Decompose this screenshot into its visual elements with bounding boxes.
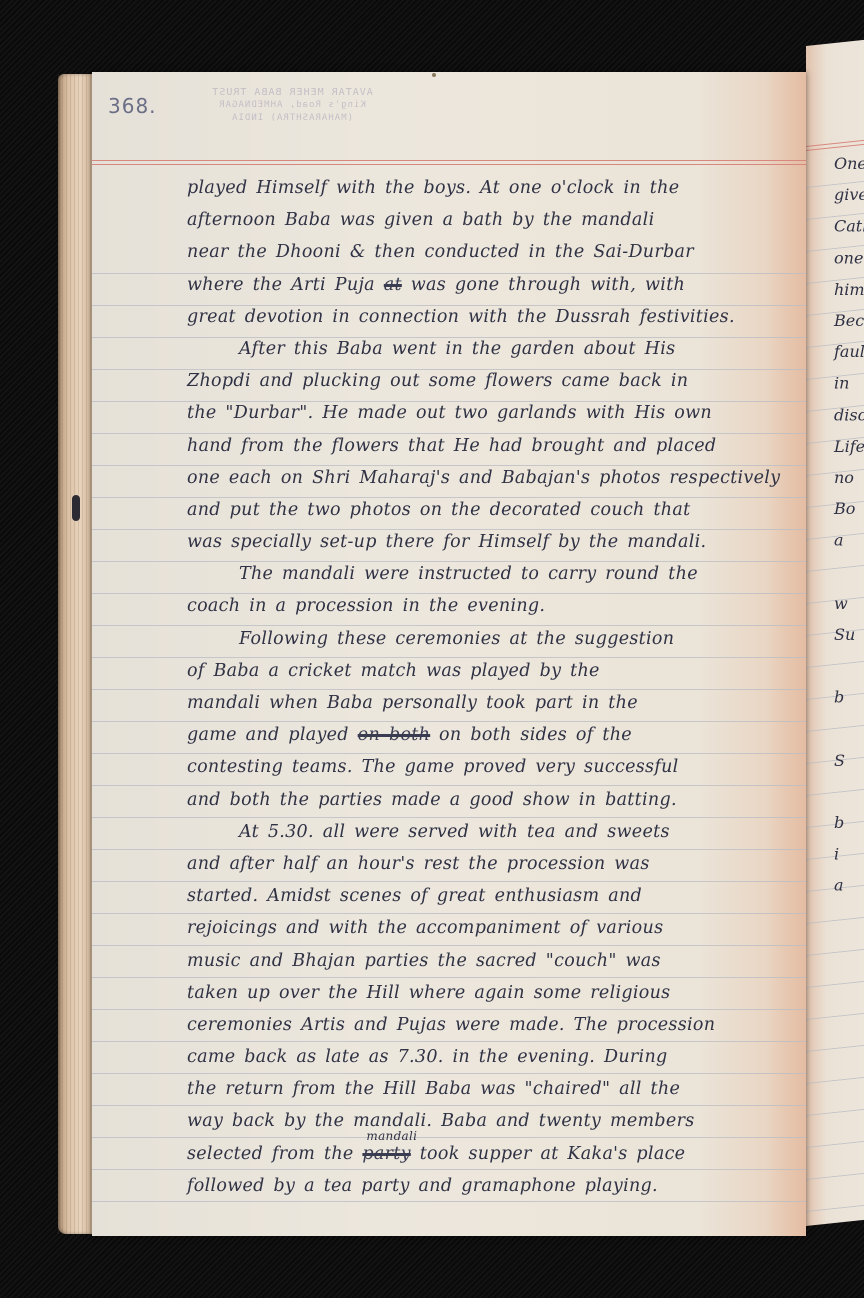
right-page-word: disc	[834, 399, 864, 431]
handwritten-line: Zhopdi and plucking out some flowers cam…	[187, 365, 797, 397]
struck-word: party	[362, 1144, 410, 1164]
right-page-word: One	[834, 148, 864, 180]
handwritten-line: coach in a procession in the evening.	[187, 590, 797, 622]
right-page-word: one	[834, 242, 864, 274]
trust-stamp: AVATAR MEHER BABA TRUST King's Road, AHM…	[192, 86, 392, 125]
right-page-word: a	[834, 870, 864, 902]
page-number: 368.	[108, 94, 157, 118]
diary-page: 368. AVATAR MEHER BABA TRUST King's Road…	[92, 72, 806, 1236]
handwritten-line: and put the two photos on the decorated …	[187, 494, 797, 526]
handwritten-line: At 5.30. all were served with tea and sw…	[187, 816, 797, 848]
inserted-word: mandali	[366, 1130, 417, 1142]
stamp-line: AVATAR MEHER BABA TRUST	[192, 86, 392, 99]
right-page-word	[834, 713, 864, 745]
right-page-word: in	[834, 368, 864, 400]
right-page-word: Cath	[834, 211, 864, 243]
right-page-word: faul	[834, 336, 864, 368]
handwritten-line: music and Bhajan parties the sacred "cou…	[187, 945, 797, 977]
right-page-word: Becau	[834, 305, 864, 337]
right-page-word: b	[834, 807, 864, 839]
stamp-line: King's Road, AHMEDNAGAR	[192, 99, 392, 112]
red-header-rule	[92, 160, 806, 161]
right-page-word: no	[834, 462, 864, 494]
handwritten-line: the "Durbar". He made out two garlands w…	[187, 397, 797, 429]
handwritten-line: mandali when Baba personally took part i…	[187, 687, 797, 719]
handwritten-line: Following these ceremonies at the sugges…	[187, 623, 797, 655]
handwritten-line: hand from the flowers that He had brough…	[187, 430, 797, 462]
handwritten-line: followed by a tea party and gramaphone p…	[187, 1170, 797, 1202]
binding-mark	[72, 495, 80, 521]
handwritten-line: selected from the partymandali took supp…	[187, 1138, 797, 1170]
handwritten-line: the return from the Hill Baba was "chair…	[187, 1073, 797, 1105]
right-page-word	[834, 964, 864, 996]
handwritten-line: came back as late as 7.30. in the evenin…	[187, 1041, 797, 1073]
struck-word: on both	[358, 725, 431, 745]
handwritten-line: where the Arti Puja at was gone through …	[187, 269, 797, 301]
handwritten-line: played Himself with the boys. At one o'c…	[187, 172, 797, 204]
right-page-word: Life	[834, 430, 864, 462]
handwritten-line: ceremonies Artis and Pujas were made. Th…	[187, 1009, 797, 1041]
right-page-word: a	[834, 525, 864, 557]
handwritten-line: After this Baba went in the garden about…	[187, 333, 797, 365]
right-page-word	[834, 901, 864, 933]
right-page-text: OnegiveCathonehimBecaufaulindiscLifenoBo…	[834, 148, 864, 1017]
struck-word: at	[384, 275, 402, 295]
stamp-line: (MAHARASHTRA) INDIA	[192, 112, 392, 125]
right-page-word: S	[834, 744, 864, 776]
handwritten-text: played Himself with the boys. At one o'c…	[187, 172, 797, 1202]
handwritten-line: of Baba a cricket match was played by th…	[187, 655, 797, 687]
right-page-word: him	[834, 274, 864, 306]
handwritten-line: started. Amidst scenes of great enthusia…	[187, 880, 797, 912]
handwritten-line: was specially set-up there for Himself b…	[187, 526, 797, 558]
ink-dot	[432, 73, 436, 77]
handwritten-line: and both the parties made a good show in…	[187, 784, 797, 816]
handwritten-line: rejoicings and with the accompaniment of…	[187, 912, 797, 944]
right-page-word: Bo	[834, 493, 864, 525]
handwritten-line: near the Dhooni & then conducted in the …	[187, 236, 797, 268]
right-page-word	[834, 650, 864, 682]
right-page-word: give	[834, 179, 864, 211]
right-page-word: i	[834, 839, 864, 871]
right-page-word: w	[834, 587, 864, 619]
right-page-word	[834, 933, 864, 965]
right-page-word	[834, 556, 864, 588]
handwritten-line: great devotion in connection with the Du…	[187, 301, 797, 333]
handwritten-line: The mandali were instructed to carry rou…	[187, 558, 797, 590]
handwritten-line: one each on Shri Maharaj's and Babajan's…	[187, 462, 797, 494]
right-page-word: Su	[834, 619, 864, 651]
handwritten-line: contesting teams. The game proved very s…	[187, 751, 797, 783]
handwritten-line: game and played on both on both sides of…	[187, 719, 797, 751]
handwritten-line: way back by the mandali. Baba and twenty…	[187, 1105, 797, 1137]
red-header-rule	[92, 164, 806, 165]
scan-scene: 368. AVATAR MEHER BABA TRUST King's Road…	[0, 0, 864, 1298]
handwritten-line: and after half an hour's rest the proces…	[187, 848, 797, 880]
right-page-word	[834, 776, 864, 808]
handwritten-line: afternoon Baba was given a bath by the m…	[187, 204, 797, 236]
right-page-word: b	[834, 682, 864, 714]
handwritten-line: taken up over the Hill where again some …	[187, 977, 797, 1009]
